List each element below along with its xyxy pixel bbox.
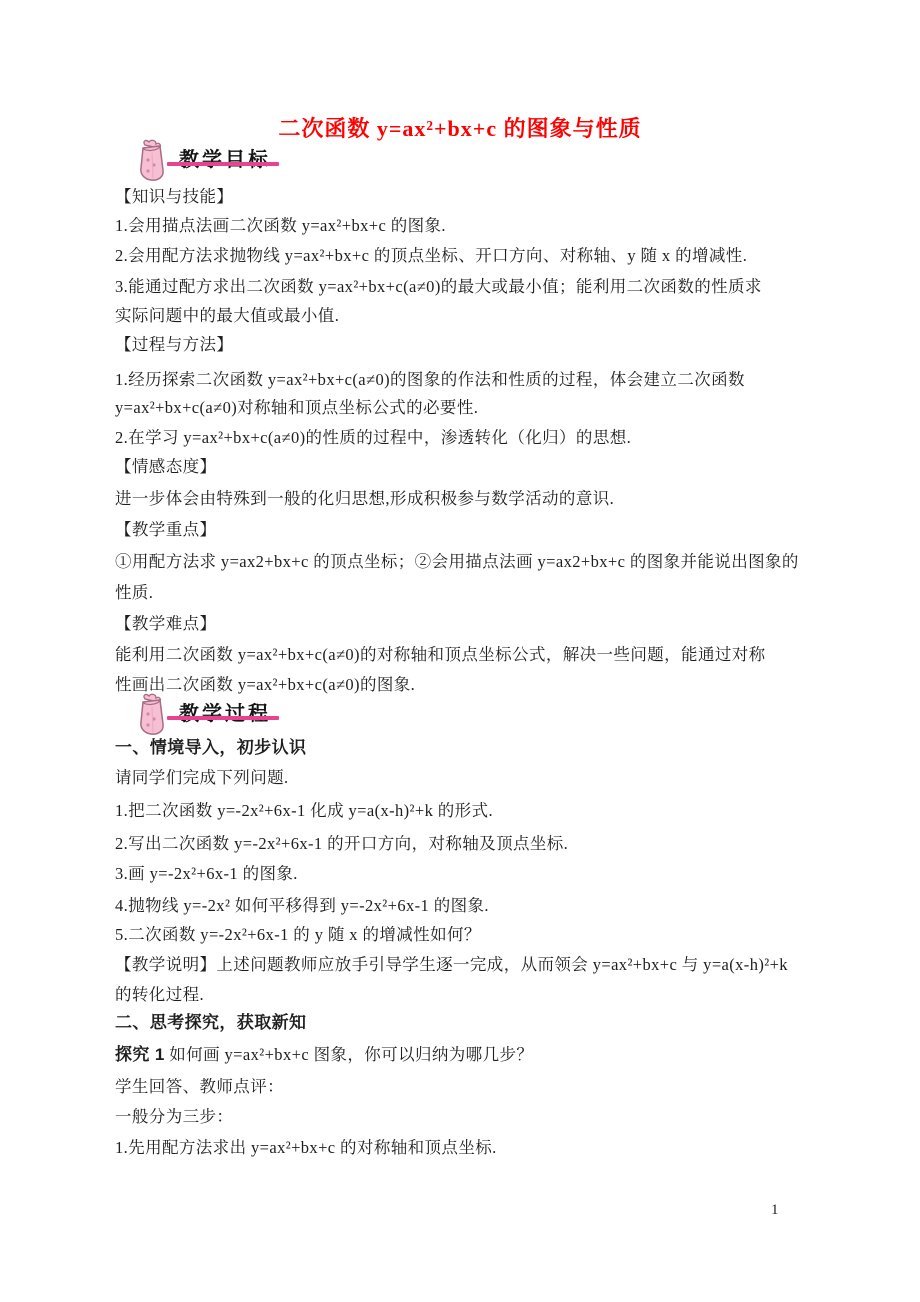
section-label-key-points: 【教学重点】	[115, 519, 216, 541]
ks-item-3-cont: 实际问题中的最大值或最小值.	[115, 305, 339, 327]
heading-think-explore: 二、思考探究，获取新知	[115, 1012, 306, 1034]
section-label-knowledge-skills: 【知识与技能】	[115, 186, 233, 208]
section-label-process-method: 【过程与方法】	[115, 334, 233, 356]
ks-item-3: 3.能通过配方求出二次函数 y=ax²+bx+c(a≠0)的最大或最小值；能利用…	[115, 276, 762, 298]
key-points-text: ①用配方法求 y=ax2+bx+c 的顶点坐标；②会用描点法画 y=ax2+bx…	[115, 551, 799, 573]
pm-item-1: 1.经历探索二次函数 y=ax²+bx+c(a≠0)的图象的作法和性质的过程，体…	[115, 369, 745, 391]
question-2: 2.写出二次函数 y=-2x²+6x-1 的开口方向，对称轴及顶点坐标.	[115, 833, 568, 855]
step-1-line: 1.先用配方法求出 y=ax²+bx+c 的对称轴和顶点坐标.	[115, 1137, 497, 1159]
question-3: 3.画 y=-2x²+6x-1 的图象.	[115, 863, 298, 885]
teaching-process-badge: 教学过程	[132, 692, 322, 738]
section-label-emotion: 【情感态度】	[115, 456, 216, 478]
pm-item-2: 2.在学习 y=ax²+bx+c(a≠0)的性质的过程中，渗透转化（化归）的思想…	[115, 427, 631, 449]
page-number: 1	[771, 1202, 779, 1219]
ks-item-1: 1.会用描点法画二次函数 y=ax²+bx+c 的图象.	[115, 215, 446, 237]
teaching-note-cont: 的转化过程.	[115, 984, 204, 1006]
emotion-text: 进一步体会由特殊到一般的化归思想,形成积极参与数学活动的意识.	[115, 488, 614, 510]
key-points-text-cont: 性质.	[115, 582, 153, 604]
pm-item-1-cont: y=ax²+bx+c(a≠0)对称轴和顶点坐标公式的必要性.	[115, 397, 478, 419]
badge-label: 教学过程	[179, 697, 271, 726]
badge-underline	[167, 716, 279, 720]
section-label-difficulties: 【教学难点】	[115, 613, 216, 635]
students-answer-line: 学生回答、教师点评：	[115, 1076, 284, 1098]
question-5: 5.二次函数 y=-2x²+6x-1 的 y 随 x 的增减性如何？	[115, 924, 481, 946]
question-1: 1.把二次函数 y=-2x²+6x-1 化成 y=a(x-h)²+k 的形式.	[115, 800, 493, 822]
teaching-goals-badge: 教学目标	[132, 138, 322, 184]
lesson-plan-document: 二次函数 y=ax²+bx+c 的图象与性质 教学目标 【知识与技能】 1.会用…	[0, 0, 920, 1302]
three-steps-line: 一般分为三步：	[115, 1106, 233, 1128]
brush-pot-icon	[132, 138, 172, 182]
heading-situation-intro: 一、情境导入，初步认识	[115, 737, 306, 759]
badge-underline	[167, 162, 279, 166]
ks-item-2: 2.会用配方法求抛物线 y=ax²+bx+c 的顶点坐标、开口方向、对称轴、y …	[115, 245, 747, 267]
intro-prompt: 请同学们完成下列问题.	[115, 767, 289, 789]
brush-pot-icon	[132, 692, 172, 736]
explore-1-line: 探究 1 如何画 y=ax²+bx+c 图象，你可以归纳为哪几步？	[115, 1044, 533, 1066]
teaching-note: 【教学说明】上述问题教师应放手引导学生逐一完成，从而领会 y=ax²+bx+c …	[115, 954, 788, 976]
question-4: 4.抛物线 y=-2x² 如何平移得到 y=-2x²+6x-1 的图象.	[115, 895, 489, 917]
explore-1-label: 探究 1	[115, 1045, 165, 1064]
explore-1-question: 如何画 y=ax²+bx+c 图象，你可以归纳为哪几步？	[165, 1045, 534, 1064]
badge-label: 教学目标	[179, 143, 271, 172]
difficulties-text: 能利用二次函数 y=ax²+bx+c(a≠0)的对称轴和顶点坐标公式，解决一些问…	[115, 644, 766, 666]
